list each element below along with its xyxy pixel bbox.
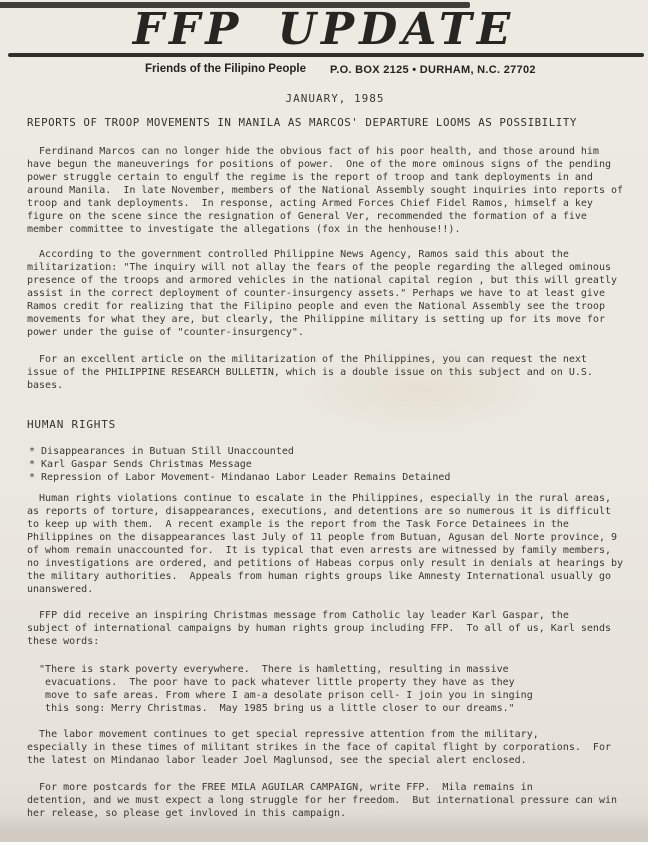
bullet-item-labor: *Repression of Labor Movement- Mindanao … <box>27 471 642 484</box>
newsletter-title: FFP UPDATE <box>0 6 648 54</box>
bullet-item-label: Repression of Labor Movement- Mindanao L… <box>41 472 450 483</box>
newsletter-page: FFP UPDATE Friends of the Filipino Peopl… <box>0 0 648 842</box>
org-name: Friends of the Filipino People <box>145 63 306 75</box>
article-body: REPORTS OF TROOP MOVEMENTS IN MANILA AS … <box>27 116 642 820</box>
para-research-bulletin: For an excellent article on the militari… <box>27 353 642 392</box>
para-ramos-inquiry: According to the government controlled P… <box>27 248 642 339</box>
section-heading-human-rights: HUMAN RIGHTS <box>27 418 642 431</box>
org-address: P.O. BOX 2125 • DURHAM, N.C. 27702 <box>330 64 536 76</box>
bullet-item-label: Disappearances in Butuan Still Unaccount… <box>41 446 294 457</box>
gaspar-christmas-quote: "There is stark poverty everywhere. Ther… <box>27 663 642 715</box>
asterisk-bullet-icon: * <box>29 472 35 483</box>
date-line: JANUARY, 1985 <box>0 92 654 105</box>
asterisk-bullet-icon: * <box>29 446 35 457</box>
masthead-rule-divider <box>8 53 644 57</box>
headline: REPORTS OF TROOP MOVEMENTS IN MANILA AS … <box>27 116 642 129</box>
bullet-item-butuan: *Disappearances in Butuan Still Unaccoun… <box>27 445 642 458</box>
asterisk-bullet-icon: * <box>29 459 35 470</box>
bullet-item-label: Karl Gaspar Sends Christmas Message <box>41 459 252 470</box>
para-marcos-health: Ferdinand Marcos can no longer hide the … <box>27 145 642 236</box>
para-human-rights-violations: Human rights violations continue to esca… <box>27 492 642 596</box>
bullet-item-gaspar: *Karl Gaspar Sends Christmas Message <box>27 458 642 471</box>
para-gaspar-message: FFP did receive an inspiring Christmas m… <box>27 609 642 648</box>
para-labor-movement: The labor movement continues to get spec… <box>27 728 642 767</box>
page-bottom-shadow <box>0 812 648 842</box>
human-rights-bullet-list: *Disappearances in Butuan Still Unaccoun… <box>27 445 642 484</box>
